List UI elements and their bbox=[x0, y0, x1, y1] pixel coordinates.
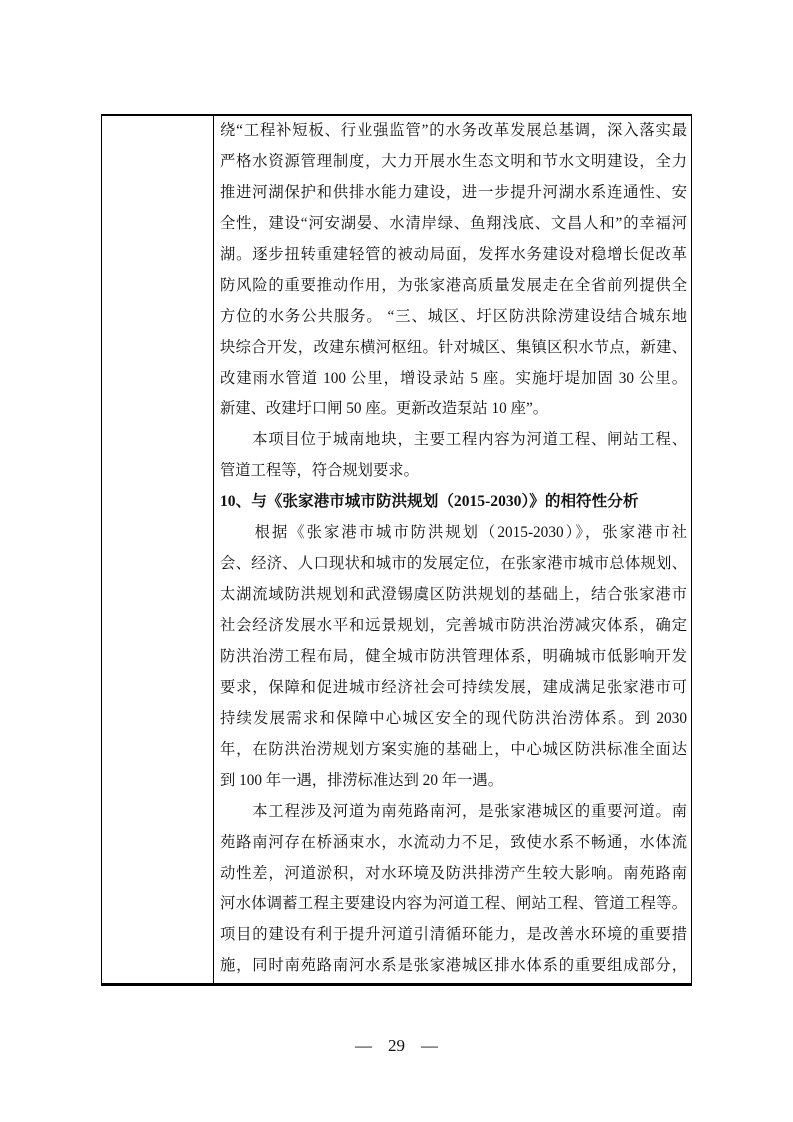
text-line: 管道工程等，符合规划要求。 bbox=[220, 456, 687, 487]
text-line: 块综合开发，改建东横河枢纽。针对城区、集镇区积水节点，新建、 bbox=[220, 333, 687, 364]
text-line: 防风险的重要推动作用，为张家港高质量发展走在全省前列提供全 bbox=[220, 271, 687, 302]
table-content-cell: 绕“工程补短板、行业强监管”的水务改革发展总基调，深入落实最严格水资源管理制度，… bbox=[214, 116, 691, 983]
text-line: 湖。逐步扭转重建轻管的被动局面，发挥水务建设对稳增长促改革 bbox=[220, 240, 687, 271]
text-line: 新建、改建圩口闸 50 座。更新改造泵站 10 座”。 bbox=[220, 394, 687, 425]
text-line: 持续发展需求和保障中心城区安全的现代防洪治涝体系。到 2030 bbox=[220, 704, 687, 735]
text-line: 会、经济、人口现状和城市的发展定位，在张家港市城市总体规划、 bbox=[220, 549, 687, 580]
text-line: 施，同时南苑路南河水系是张家港城区排水体系的重要组成部分， bbox=[220, 951, 687, 982]
text-line: 苑路南河存在桥涵束水，水流动力不足，致使水系不畅通，水体流 bbox=[220, 828, 687, 859]
page-footer: — 29 — bbox=[0, 1036, 793, 1056]
text-line: 太湖流域防洪规划和武澄锡虞区防洪规划的基础上，结合张家港市 bbox=[220, 580, 687, 611]
text-line: 本项目位于城南地块，主要工程内容为河道工程、闸站工程、 bbox=[220, 425, 687, 456]
footer-left-dash: — bbox=[355, 1036, 372, 1056]
document-page: { "document": { "table": { "label_cell_t… bbox=[0, 0, 793, 1122]
document-table: 绕“工程补短板、行业强监管”的水务改革发展总基调，深入落实最严格水资源管理制度，… bbox=[101, 114, 692, 986]
text-line: 改建雨水管道 100 公里，增设录站 5 座。实施圩堤加固 30 公里。 bbox=[220, 364, 687, 395]
page-number: 29 bbox=[388, 1036, 405, 1056]
text-line: 河水体调蓄工程主要建设内容为河道工程、闸站工程、管道工程等。 bbox=[220, 889, 687, 920]
text-line: 绕“工程补短板、行业强监管”的水务改革发展总基调，深入落实最 bbox=[220, 116, 687, 147]
text-line: 社会经济发展水平和远景规划，完善城市防洪治涝减灾体系，确定 bbox=[220, 611, 687, 642]
text-line: 年，在防洪治涝规划方案实施的基础上，中心城区防洪标准全面达 bbox=[220, 735, 687, 766]
text-line: 动性差，河道淤积，对水环境及防洪排涝产生较大影响。南苑路南 bbox=[220, 859, 687, 890]
text-line: 全性，建设“河安湖晏、水清岸绿、鱼翔浅底、文昌人和”的幸福河 bbox=[220, 209, 687, 240]
text-line: 严格水资源管理制度，大力开展水生态文明和节水文明建设，全力 bbox=[220, 147, 687, 178]
text-line: 项目的建设有利于提升河道引清循环能力，是改善水环境的重要措 bbox=[220, 920, 687, 951]
text-line: 根据《张家港市城市防洪规划（2015-2030）》，张家港市社 bbox=[220, 518, 687, 549]
table-label-cell bbox=[102, 116, 214, 983]
section-heading: 10、与《张家港市城市防洪规划（2015-2030）》的相符性分析 bbox=[220, 487, 687, 518]
text-line: 防洪治涝工程布局，健全城市防洪管理体系，明确城市低影响开发 bbox=[220, 642, 687, 673]
text-line: 要求，保障和促进城市经济社会可持续发展，建成满足张家港市可 bbox=[220, 673, 687, 704]
text-line: 方位的水务公共服务。 “三、城区、圩区防洪除涝建设结合城东地 bbox=[220, 302, 687, 333]
footer-right-dash: — bbox=[421, 1036, 438, 1056]
text-line: 推进河湖保护和供排水能力建设，进一步提升河湖水系连通性、安 bbox=[220, 178, 687, 209]
text-line: 到 100 年一遇，排涝标准达到 20 年一遇。 bbox=[220, 766, 687, 797]
text-line: 本工程涉及河道为南苑路南河，是张家港城区的重要河道。南 bbox=[220, 797, 687, 828]
